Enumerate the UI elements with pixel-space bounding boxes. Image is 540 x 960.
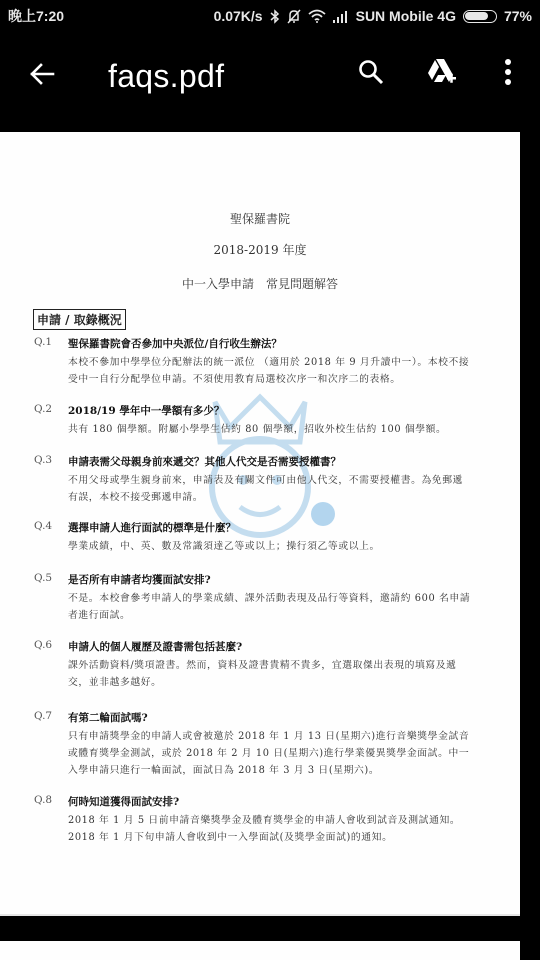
answer-line: 或體育獎學金測試，或於 2018 年 2 月 10 日(星期六)進行學業優異獎學… <box>68 745 498 762</box>
more-options-button[interactable] <box>488 52 528 92</box>
question-number: Q.8 <box>34 794 52 806</box>
status-right-group: 0.07K/s SUN Mobile 4G 77% <box>214 8 532 24</box>
add-to-drive-button[interactable] <box>422 52 462 92</box>
answer-text: 只有申請獎學金的申請人或會被邀於 2018 年 1 月 13 日(星期六)進行音… <box>68 728 498 779</box>
question-text: 何時知道獲得面試安排? <box>68 794 179 809</box>
answer-line: 不是。本校會參考申請人的學業成績、課外活動表現及品行等資料，邀請約 600 名申… <box>68 590 498 607</box>
answer-line: 交，並非越多越好。 <box>68 674 498 691</box>
battery-fill <box>465 12 487 20</box>
answer-text: 本校不參加中學學位分配辦法的統一派位 （適用於 2018 年 9 月升讀中一）。… <box>68 354 498 388</box>
answer-line: 學業成績，中、英、數及常識須達乙等或以上；操行須乙等或以上。 <box>68 538 498 555</box>
answer-text: 學業成績，中、英、數及常識須達乙等或以上；操行須乙等或以上。 <box>68 538 498 555</box>
answer-line: 2018 年 1 月下旬申請人會收到中一入學面試(及獎學金面試)的通知。 <box>68 829 498 846</box>
answer-line: 受中一自行分配學位申請。不須使用教育局選校次序一和次序二的表格。 <box>68 371 498 388</box>
document-title: 中一入學申請 常見問題解答 <box>0 275 520 292</box>
question-number: Q.6 <box>34 639 52 651</box>
question-number: Q.1 <box>34 336 52 348</box>
search-icon <box>358 59 384 85</box>
network-speed: 0.07K/s <box>214 8 263 24</box>
answer-line: 有誤，本校不接受郵遞申請。 <box>68 489 498 506</box>
page-right-gutter <box>520 132 540 960</box>
pdf-page[interactable]: 聖保羅書院 2018-2019 年度 中一入學申請 常見問題解答 申請 / 取錄… <box>0 132 520 916</box>
answer-line: 不用父母或學生親身前來，申請表及有關文件可由他人代交，不需要授權書。為免郵遞 <box>68 472 498 489</box>
question-text: 2018/19 學年中一學額有多少？ <box>68 403 224 418</box>
more-vert-icon <box>504 58 512 86</box>
answer-line: 只有申請獎學金的申請人或會被邀於 2018 年 1 月 13 日(星期六)進行音… <box>68 728 498 745</box>
answer-line: 共有 180 個學額。附屬小學學生估約 80 個學額，招收外校生估約 100 個… <box>68 421 498 438</box>
answer-line: 課外活動資料/獎項證書。然而，資料及證書貴精不貴多，宜選取傑出表現的填寫及遞 <box>68 657 498 674</box>
answer-text: 共有 180 個學額。附屬小學學生估約 80 個學額，招收外校生估約 100 個… <box>68 421 498 438</box>
question-text: 有第二輪面試嗎? <box>68 710 148 725</box>
carrier-name: SUN Mobile 4G <box>356 8 456 24</box>
notifications-off-icon <box>287 8 301 24</box>
question-number: Q.7 <box>34 710 52 722</box>
answer-line: 2018 年 1 月 5 日前申請音樂獎學金及體育獎學金的申請人會收到試音及測試… <box>68 812 498 829</box>
question-text: 申請表需父母親身前來遞交？其他人代交是否需要授權書？ <box>68 454 341 469</box>
question-text: 申請人的個人履歷及證書需包括甚麼? <box>68 639 242 654</box>
battery-percent: 77% <box>504 8 532 24</box>
battery-icon <box>463 10 497 23</box>
question-text: 是否所有申請者均獲面試安排? <box>68 572 211 587</box>
page-separator <box>0 918 520 941</box>
file-title: faqs.pdf <box>108 58 224 95</box>
document-content: 聖保羅書院 2018-2019 年度 中一入學申請 常見問題解答 申請 / 取錄… <box>0 132 520 916</box>
answer-text: 不是。本校會參考申請人的學業成績、課外活動表現及品行等資料，邀請約 600 名申… <box>68 590 498 624</box>
search-button[interactable] <box>351 52 391 92</box>
signal-icon <box>333 8 349 24</box>
answer-text: 課外活動資料/獎項證書。然而，資料及證書貴精不貴多，宜選取傑出表現的填寫及遞 交… <box>68 657 498 691</box>
next-page-preview[interactable] <box>0 941 520 960</box>
question-number: Q.3 <box>34 454 52 466</box>
question-number: Q.5 <box>34 572 52 584</box>
answer-line: 入學申請只進行一輪面試，面試日為 2018 年 3 月 3 日(星期六)。 <box>68 762 498 779</box>
back-arrow-icon <box>29 62 55 86</box>
question-text: 聖保羅書院會否參加中央派位/自行收生辦法？ <box>68 336 282 351</box>
section-heading: 申請 / 取錄概況 <box>33 309 126 330</box>
answer-text: 不用父母或學生親身前來，申請表及有關文件可由他人代交，不需要授權書。為免郵遞 有… <box>68 472 498 506</box>
question-number: Q.2 <box>34 403 52 415</box>
app-bar: faqs.pdf <box>0 32 540 132</box>
answer-text: 2018 年 1 月 5 日前申請音樂獎學金及體育獎學金的申請人會收到試音及測試… <box>68 812 498 846</box>
back-button[interactable] <box>22 54 62 94</box>
status-time: 晚上7:20 <box>8 6 64 26</box>
answer-line: 者進行面試。 <box>68 607 498 624</box>
school-name: 聖保羅書院 <box>0 210 520 227</box>
question-text: 選擇申請人進行面試的標準是什麼？ <box>68 520 236 535</box>
academic-year: 2018-2019 年度 <box>0 241 520 258</box>
bluetooth-icon <box>270 8 280 24</box>
answer-line: 本校不參加中學學位分配辦法的統一派位 （適用於 2018 年 9 月升讀中一）。… <box>68 354 498 371</box>
status-bar: 晚上7:20 0.07K/s SUN Mobile 4G 77% <box>0 0 540 32</box>
add-to-drive-icon <box>426 58 458 86</box>
question-number: Q.4 <box>34 520 52 532</box>
wifi-icon <box>308 8 326 24</box>
